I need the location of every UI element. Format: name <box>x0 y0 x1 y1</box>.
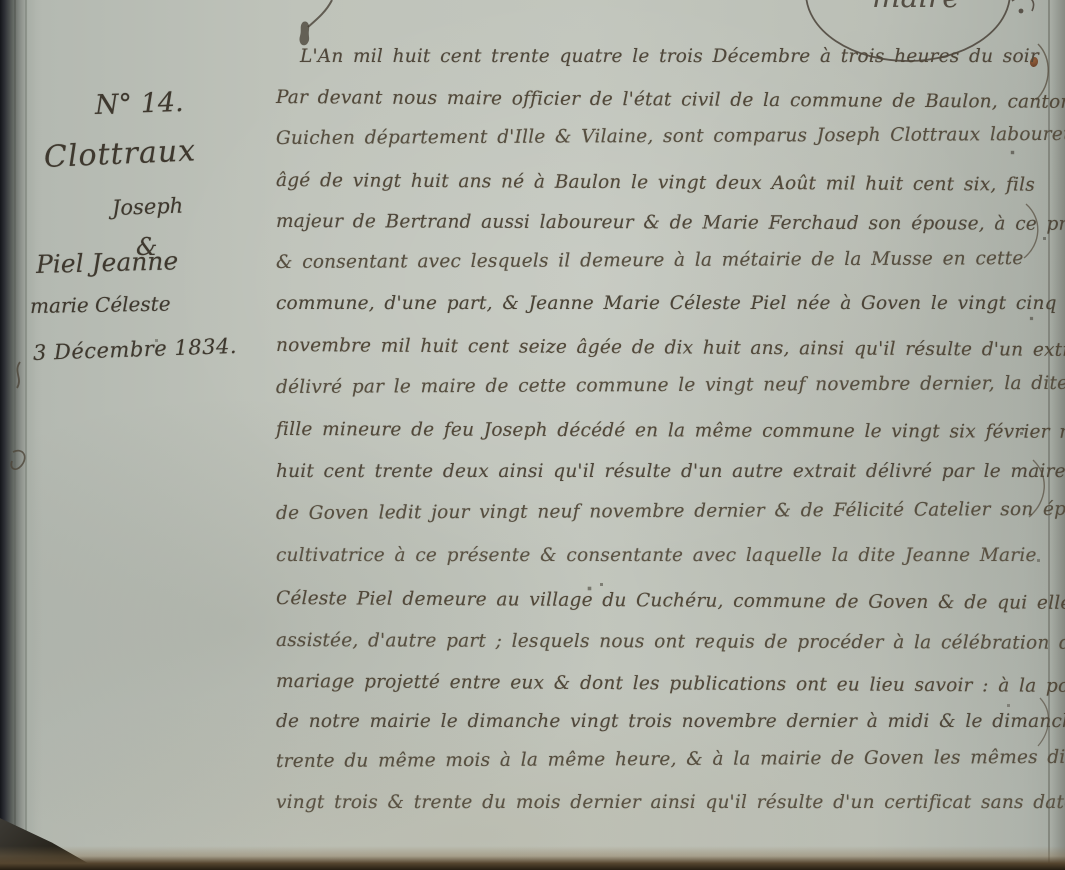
manuscript-line: délivré par le maire de cette commune le… <box>276 373 1065 398</box>
act-number: N° 14. <box>94 87 184 121</box>
manuscript-line: de notre mairie le dimanche vingt trois … <box>276 711 1065 732</box>
margin-bride-name-line1: Piel Jeanne <box>36 246 179 279</box>
manuscript-line: Guichen département d'Ille & Vilaine, so… <box>276 124 1065 149</box>
manuscript-line: fille mineure de feu Joseph décédé en la… <box>276 419 1065 443</box>
paper-specks <box>0 0 1 1</box>
manuscript-line: assistée, d'autre part ; lesquels nous o… <box>276 630 1065 654</box>
manuscript-line: cultivatrice à ce présente & consentante… <box>276 545 1037 566</box>
manuscript-line: L'An mil huit cent trente quatre le troi… <box>300 46 1039 67</box>
manuscript-line: trente du même mois à la même heure, & à… <box>276 746 1065 772</box>
stray-ink-stroke <box>308 0 332 27</box>
margin-ink-mark <box>11 451 24 470</box>
margin-bride-name-line2: marie Céleste <box>30 292 171 318</box>
manuscript-line: vingt trois & trente du mois dernier ain… <box>276 792 1065 813</box>
margin-groom-firstname: Joseph <box>112 194 184 220</box>
stray-ink-blot <box>299 21 309 45</box>
bottom-edge-shadow <box>0 846 1065 870</box>
margin-ink-mark <box>17 362 20 388</box>
manuscript-line: huit cent trente deux ainsi qu'il résult… <box>276 461 1065 482</box>
manuscript-line: & consentant avec lesquels il demeure à … <box>276 248 1024 273</box>
manuscript-line: de Goven ledit jour vingt neuf novembre … <box>276 499 1065 524</box>
margin-groom-surname: Clottraux <box>43 133 197 175</box>
manuscript-line: commune, d'une part, & Jeanne Marie Céle… <box>276 293 1057 314</box>
manuscript-line: majeur de Bertrand aussi laboureur & de … <box>276 211 1065 235</box>
register-page-scan: maire N° 14. Clottraux Joseph & Piel Jea… <box>0 0 1065 870</box>
